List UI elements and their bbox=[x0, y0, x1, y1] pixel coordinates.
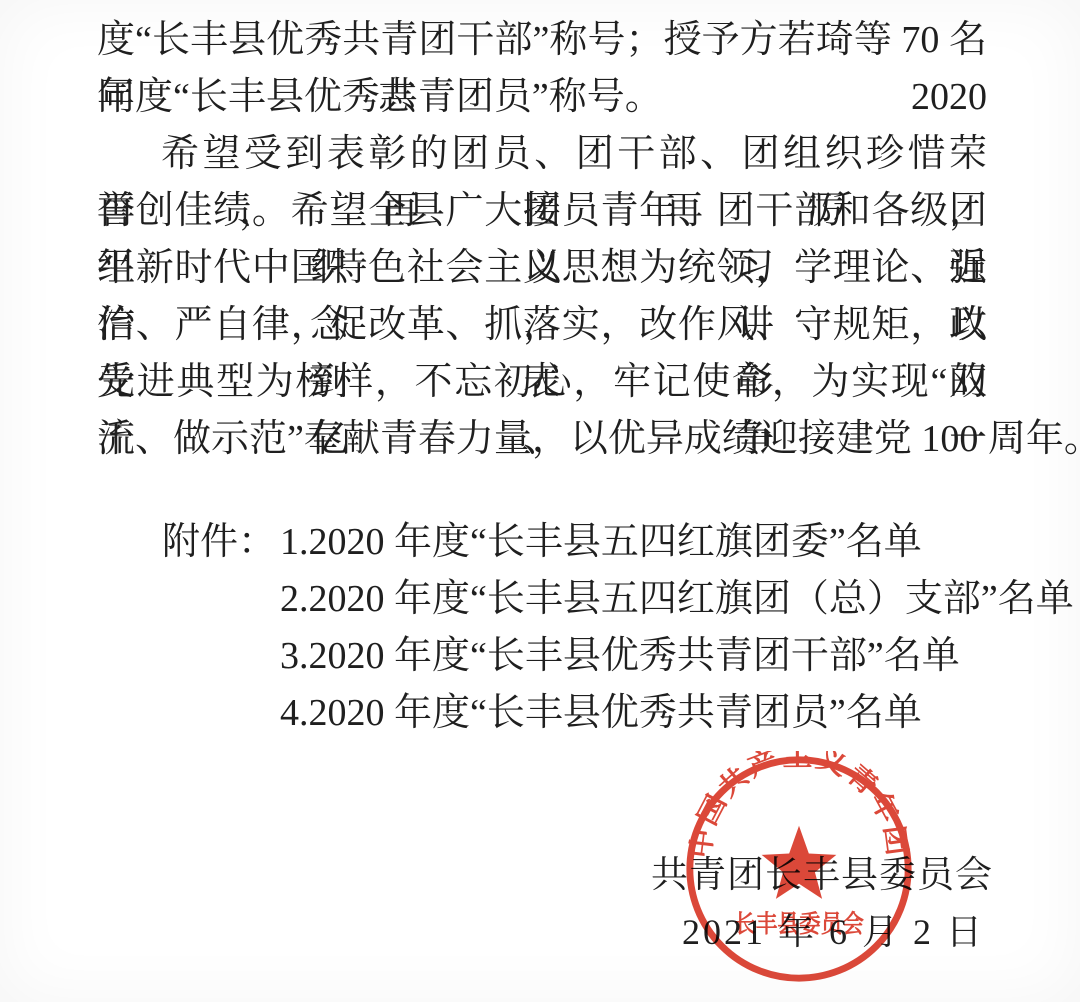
attachment-item: 3.2020 年度“长丰县优秀共青团干部”名单 bbox=[280, 628, 960, 685]
attachment-row: 附件： 1.2020 年度“长丰县五四红旗团委”名单 bbox=[162, 514, 1022, 571]
seal-ring-text: 中国共产主义青年团 bbox=[685, 751, 912, 860]
attachment-row: 3.2020 年度“长丰县优秀共青团干部”名单 bbox=[162, 628, 1022, 685]
attachment-label-spacer bbox=[162, 628, 280, 685]
body-text-block: 度“长丰县优秀共青团干部”称号；授予方若琦等 70 名同志 2020 年度“长丰… bbox=[97, 12, 987, 468]
body-line: 治、严自律，促改革、抓落实，改作风、守规矩，以受到表彰的 bbox=[97, 297, 987, 354]
body-line: 流、做示范”奉献青春力量，以优异成绩迎接建党 100 周年。 bbox=[97, 411, 987, 468]
seal-arc-path bbox=[711, 766, 888, 862]
signature-organization: 共青团长丰县委员会 bbox=[651, 856, 993, 896]
attachment-item: 2.2020 年度“长丰县五四红旗团（总）支部”名单 bbox=[280, 571, 1074, 628]
seal-ring-text-holder: 中国共产主义青年团 bbox=[685, 751, 912, 860]
attachment-row: 4.2020 年度“长丰县优秀共青团员”名单 bbox=[162, 685, 1022, 742]
signature-date: 2021 年 6 月 2 日 bbox=[682, 912, 985, 952]
document-page: 度“长丰县优秀共青团干部”称号；授予方若琦等 70 名同志 2020 年度“长丰… bbox=[0, 0, 1080, 1002]
attachment-label-spacer bbox=[162, 685, 280, 742]
body-line: 希望受到表彰的团员、团干部、团组织珍惜荣誉，再接再厉， bbox=[97, 126, 987, 183]
body-line: 平新时代中国特色社会主义思想为统领，学理论、强信念，讲政 bbox=[97, 240, 987, 297]
attachment-item: 4.2020 年度“长丰县优秀共青团员”名单 bbox=[280, 685, 922, 742]
attachment-list: 附件： 1.2020 年度“长丰县五四红旗团委”名单 2.2020 年度“长丰县… bbox=[162, 514, 1022, 742]
body-line: 先进典型为榜样，不忘初心，牢记使命，为实现“双千亿、争一 bbox=[97, 354, 987, 411]
attachment-item: 1.2020 年度“长丰县五四红旗团委”名单 bbox=[280, 514, 922, 571]
attachment-label: 附件： bbox=[162, 514, 280, 571]
attachment-row: 2.2020 年度“长丰县五四红旗团（总）支部”名单 bbox=[162, 571, 1022, 628]
attachment-label-spacer bbox=[162, 571, 280, 628]
body-line: 度“长丰县优秀共青团干部”称号；授予方若琦等 70 名同志 2020 bbox=[97, 12, 987, 69]
body-line: 再创佳绩。希望全县广大团员青年、团干部和各级团组织以习近 bbox=[97, 183, 987, 240]
